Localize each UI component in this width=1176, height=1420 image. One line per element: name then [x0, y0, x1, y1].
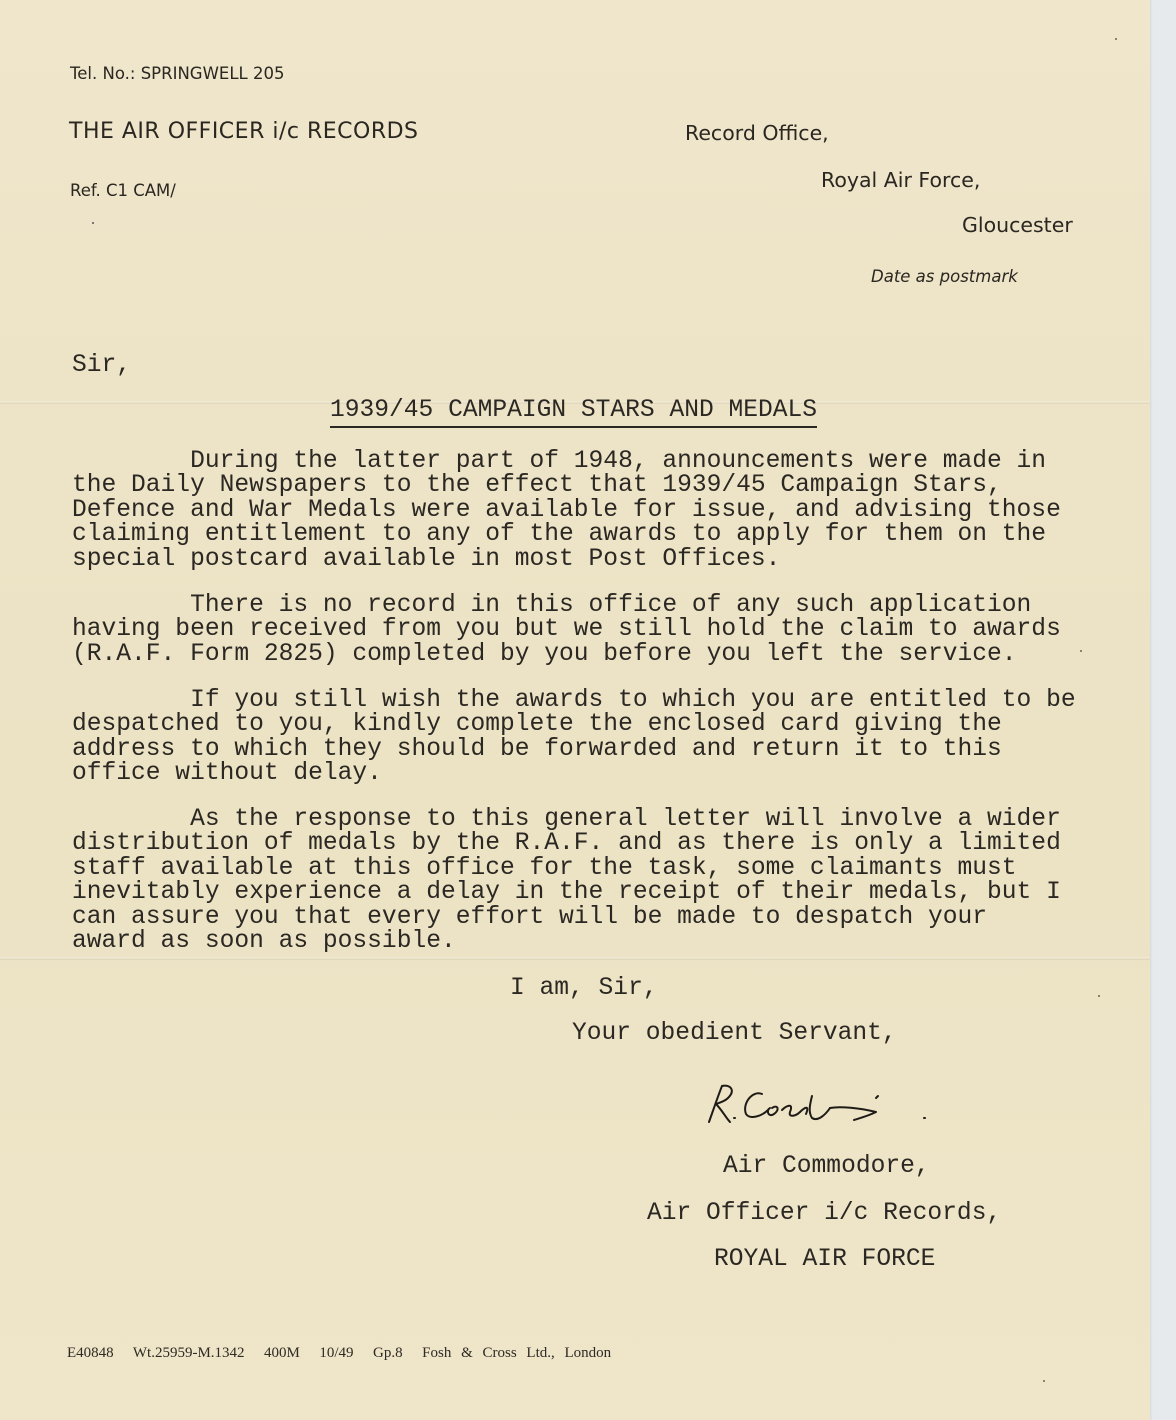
reference-number: Ref. C1 CAM/: [70, 181, 176, 200]
paragraph-delay-notice: As the response to this general letter w…: [72, 808, 1061, 954]
handwritten-signature: [700, 1078, 950, 1128]
paper-speck: [1098, 995, 1100, 997]
paragraph-announcement: During the latter part of 1948, announce…: [72, 450, 1061, 572]
subject-heading: 1939/45 CAMPAIGN STARS AND MEDALS: [330, 399, 817, 428]
letter-page: Tel. No.: SPRINGWELL 205 THE AIR OFFICER…: [0, 0, 1150, 1420]
paper-speck: [1043, 1380, 1045, 1382]
paragraph-instructions: If you still wish the awards to which yo…: [72, 689, 1076, 787]
paragraph-no-record: There is no record in this office of any…: [72, 594, 1061, 667]
paper-fold-line: [0, 957, 1150, 960]
closing-line: Your obedient Servant,: [572, 1022, 897, 1046]
printer-imprint: E40848 Wt.25959-M.1342 400M 10/49 Gp.8 F…: [67, 1345, 611, 1362]
salutation: Sir,: [72, 354, 131, 378]
signatory-rank: Air Commodore,: [723, 1155, 930, 1179]
signatory-organisation: ROYAL AIR FORCE: [714, 1248, 935, 1272]
address-line-record-office: Record Office,: [685, 121, 829, 145]
signatory-title: Air Officer i/c Records,: [647, 1202, 1001, 1226]
paper-speck: [1115, 38, 1117, 40]
closing-line: I am, Sir,: [510, 977, 658, 1001]
date-line: Date as postmark: [871, 267, 1018, 286]
address-line-raf: Royal Air Force,: [821, 168, 980, 192]
telephone-number: Tel. No.: SPRINGWELL 205: [70, 64, 284, 83]
address-line-city: Gloucester: [962, 213, 1073, 237]
ink-dot: [92, 222, 94, 224]
office-title: THE AIR OFFICER i/c RECORDS: [69, 119, 419, 144]
paper-speck: [1080, 650, 1082, 652]
